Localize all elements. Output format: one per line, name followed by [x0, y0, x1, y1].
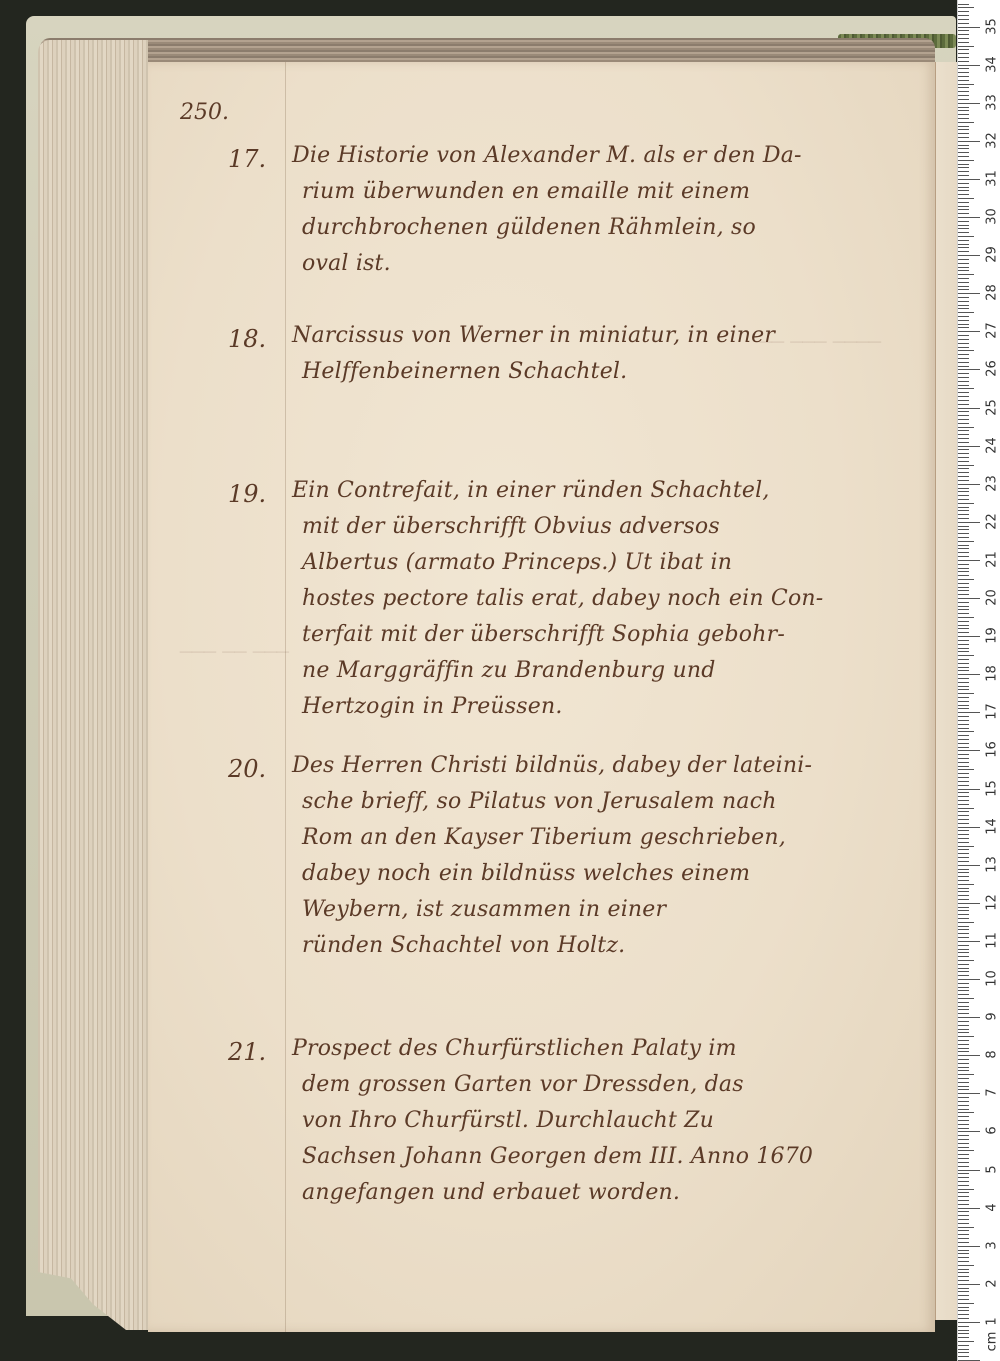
ruler-tick	[958, 270, 969, 271]
ruler-tick	[958, 1131, 980, 1132]
ruler-tick	[958, 819, 969, 820]
ruler-tick	[958, 968, 969, 969]
ruler-tick	[958, 1234, 969, 1235]
ruler-tick	[958, 529, 969, 530]
ruler-tick	[958, 118, 969, 119]
ruler-cm-label: 34	[985, 54, 1000, 74]
ruler-tick	[958, 747, 969, 748]
text-line: hostes pectore talis erat, dabey noch ei…	[292, 588, 892, 624]
ruler-tick	[958, 830, 969, 831]
ruler-tick	[958, 1051, 969, 1052]
ruler-tick	[958, 38, 969, 39]
ruler-tick	[958, 107, 969, 108]
ruler-cm-label: 12	[985, 892, 1000, 912]
ruler-tick	[958, 945, 969, 946]
ruler-tick	[958, 84, 974, 85]
ruler-tick	[958, 987, 969, 988]
ruler-tick	[958, 1025, 969, 1026]
ruler-tick	[958, 57, 969, 58]
ruler-cm-label: 30	[985, 207, 1000, 227]
ruler-tick	[958, 103, 980, 104]
ruler-tick	[958, 53, 969, 54]
ruler-tick	[958, 1192, 969, 1193]
ruler-tick	[958, 899, 969, 900]
ruler-tick	[958, 484, 980, 485]
ruler-tick	[958, 583, 969, 584]
ruler-tick	[958, 644, 969, 645]
ruler-tick	[958, 1257, 969, 1258]
ruler-tick	[958, 651, 969, 652]
ruler-tick	[958, 1097, 969, 1098]
ruler-tick	[958, 971, 969, 972]
ruler-tick	[958, 228, 969, 229]
ruler-tick	[958, 366, 969, 367]
ruler-tick	[958, 926, 969, 927]
ruler-tick	[958, 1318, 969, 1319]
ruler-cm-label: 22	[985, 511, 1000, 531]
ruler-cm-label: 33	[985, 92, 1000, 112]
ruler-cm-label: 25	[985, 397, 1000, 417]
ruler-tick	[958, 533, 969, 534]
ruler-tick	[958, 956, 969, 957]
ruler-tick	[958, 712, 980, 713]
ruler-tick	[958, 990, 969, 991]
ruler-tick	[958, 23, 969, 24]
ruler-tick	[958, 872, 969, 873]
ruler-tick	[958, 68, 969, 69]
ruler-tick	[958, 392, 969, 393]
ruler-tick	[958, 80, 969, 81]
ruler-tick	[958, 571, 969, 572]
ruler-tick	[958, 853, 969, 854]
ruler-unit-label: cm	[985, 1332, 1000, 1352]
ruler-tick	[958, 716, 969, 717]
ruler-tick	[958, 735, 969, 736]
ruler-tick	[958, 1109, 969, 1110]
ruler-tick	[958, 640, 969, 641]
ruler-tick	[958, 891, 969, 892]
ruler-tick	[958, 876, 969, 877]
ruler-tick	[958, 869, 969, 870]
ruler-tick	[958, 415, 969, 416]
ruler-tick	[958, 457, 969, 458]
ruler-tick	[958, 720, 969, 721]
ruler-tick	[958, 148, 969, 149]
ruler-tick	[958, 1055, 980, 1056]
ruler-tick	[958, 209, 969, 210]
ruler-tick	[958, 1200, 969, 1201]
text-line: Rom an den Kayser Tiberium geschrieben,	[292, 827, 892, 863]
ruler-tick	[958, 1036, 974, 1037]
ruler-tick	[958, 1303, 974, 1304]
ruler-tick	[958, 979, 980, 980]
ruler-tick	[958, 129, 969, 130]
text-line: Narcissus von Werner in miniatur, in ein…	[292, 325, 892, 361]
ruler-tick	[958, 964, 969, 965]
text-line: sche brieff, so Pilatus von Jerusalem na…	[292, 791, 892, 827]
ruler-tick	[958, 194, 969, 195]
ruler-tick	[958, 655, 974, 656]
ruler-tick	[958, 590, 969, 591]
ruler-tick	[958, 1093, 980, 1094]
entry-number: 20.	[228, 755, 266, 783]
ruler-tick	[958, 1219, 969, 1220]
text-line: Ein Contrefait, in einer ründen Schachte…	[292, 480, 892, 516]
margin-ruling-line	[285, 62, 286, 1332]
ruler-tick	[958, 929, 969, 930]
ruler-cm-label: 29	[985, 245, 1000, 265]
ruler-tick	[958, 1120, 969, 1121]
text-line: Weybern, ist zusammen in einer	[292, 899, 892, 935]
ruler-tick	[958, 1044, 969, 1045]
ruler-tick	[958, 949, 969, 950]
ruler-tick	[958, 594, 969, 595]
text-line: dem grossen Garten vor Dressden, das	[292, 1074, 892, 1110]
ruler-tick	[958, 1017, 980, 1018]
ruler-tick	[958, 137, 969, 138]
ruler-tick	[958, 1352, 969, 1353]
ruler-tick	[958, 183, 969, 184]
text-line: rium überwunden en emaille mit einem	[292, 181, 892, 217]
text-line: Die Historie von Alexander M. als er den…	[292, 145, 892, 181]
ruler-cm-label: 31	[985, 168, 1000, 188]
ruler-tick	[958, 526, 969, 527]
ruler-tick	[958, 789, 980, 790]
ruler-tick	[958, 800, 969, 801]
ruler-tick	[958, 602, 969, 603]
ruler-tick	[958, 65, 980, 66]
ruler-cm-label: 5	[985, 1159, 1000, 1179]
ruler-tick	[958, 667, 969, 668]
ruler-tick	[958, 686, 969, 687]
ruler-tick	[958, 884, 974, 885]
ruler-tick	[958, 156, 969, 157]
text-line: dabey noch ein bildnüss welches einem	[292, 863, 892, 899]
ruler-tick	[958, 465, 974, 466]
ruler-tick	[958, 438, 969, 439]
ruler-tick	[958, 1265, 974, 1266]
ruler-tick	[958, 1345, 969, 1346]
ruler-tick	[958, 198, 974, 199]
ruler-tick	[958, 838, 969, 839]
ruler-tick	[958, 114, 969, 115]
ruler-tick	[958, 1196, 969, 1197]
ruler-tick	[958, 1006, 969, 1007]
ruler-tick	[958, 453, 969, 454]
ruler-tick	[958, 15, 969, 16]
ruler-cm-label: 20	[985, 588, 1000, 608]
ruler-tick	[958, 175, 969, 176]
ruler-tick	[958, 4, 969, 5]
ruler-tick	[958, 777, 969, 778]
ruler-tick	[958, 286, 969, 287]
text-line: Prospect des Churfürstlichen Palaty im	[292, 1038, 892, 1074]
ruler-tick	[958, 1150, 974, 1151]
ruler-cm-label: 4	[985, 1197, 1000, 1217]
ruler-tick	[958, 263, 969, 264]
ruler-tick	[958, 1291, 969, 1292]
ruler-cm-label: 28	[985, 283, 1000, 303]
ruler-tick	[958, 312, 974, 313]
ruler-cm-label: 13	[985, 854, 1000, 874]
ruler-tick	[958, 1314, 969, 1315]
ruler-tick	[958, 1269, 969, 1270]
ruler-tick	[958, 937, 969, 938]
ruler-tick	[958, 1250, 969, 1251]
ruler-tick	[958, 861, 969, 862]
ruler-tick	[958, 1059, 969, 1060]
ruler-tick	[958, 396, 969, 397]
ruler-tick	[958, 754, 969, 755]
ruler-tick	[958, 133, 969, 134]
ruler-tick	[958, 823, 969, 824]
ruler-tick	[958, 11, 969, 12]
ruler-tick	[958, 46, 974, 47]
ruler-tick	[958, 339, 969, 340]
ruler-tick	[958, 1246, 980, 1247]
ruler-tick	[958, 236, 974, 237]
ruler-tick	[958, 514, 969, 515]
ruler-tick	[958, 773, 969, 774]
ruler-tick	[958, 1181, 969, 1182]
ruler-tick	[958, 1082, 969, 1083]
ruler-tick	[958, 1128, 969, 1129]
ruler-tick	[958, 308, 969, 309]
ruler-tick	[958, 141, 980, 142]
entry-number: 19.	[228, 480, 266, 508]
ruler-cm-label: 7	[985, 1083, 1000, 1103]
ruler-tick	[958, 1208, 980, 1209]
ruler-tick	[958, 152, 969, 153]
ruler-tick	[958, 522, 980, 523]
ruler-tick	[958, 1147, 969, 1148]
ruler-tick	[958, 305, 969, 306]
ruler-tick	[958, 792, 969, 793]
ruler-tick	[958, 758, 969, 759]
ruler-tick	[958, 434, 969, 435]
ruler-tick	[958, 564, 969, 565]
ruler-tick	[958, 731, 974, 732]
ruler-tick	[958, 1116, 969, 1117]
ruler-tick	[958, 941, 980, 942]
ruler-tick	[958, 1204, 969, 1205]
ruler-tick	[958, 72, 969, 73]
ruler-tick	[958, 503, 974, 504]
ruler-tick	[958, 244, 969, 245]
ruler-tick	[958, 769, 974, 770]
ruler-tick	[958, 1276, 969, 1277]
ruler-tick	[958, 750, 980, 751]
ruler-tick	[958, 282, 969, 283]
ruler-tick	[958, 19, 969, 20]
ruler-tick	[958, 1086, 969, 1087]
ruler-tick	[958, 918, 969, 919]
entry-text: Des Herren Christi bildnüs, dabey der la…	[292, 755, 892, 971]
ruler-cm-label: 27	[985, 321, 1000, 341]
ruler-tick	[958, 217, 980, 218]
ruler-tick	[958, 171, 969, 172]
ruler-tick	[958, 488, 969, 489]
ruler-tick	[958, 922, 974, 923]
ruler-tick	[958, 804, 969, 805]
ruler-tick	[958, 1242, 969, 1243]
ruler-tick	[958, 895, 969, 896]
ruler-tick	[958, 1105, 969, 1106]
ruler-tick	[958, 468, 969, 469]
ruler-tick	[958, 857, 969, 858]
ruler-tick	[958, 87, 969, 88]
ruler-tick	[958, 202, 969, 203]
ruler-tick	[958, 1223, 969, 1224]
ruler-tick	[958, 545, 969, 546]
ruler-tick	[958, 552, 969, 553]
ruler-tick	[958, 381, 969, 382]
ruler-tick	[958, 998, 974, 999]
ruler-tick	[958, 1288, 969, 1289]
text-line: ründen Schachtel von Holtz.	[292, 935, 892, 971]
ruler-tick	[958, 556, 969, 557]
ruler-tick	[958, 278, 969, 279]
ruler-tick	[958, 1074, 974, 1075]
ruler-tick	[958, 320, 969, 321]
ruler-tick	[958, 316, 969, 317]
ruler-tick	[958, 1070, 969, 1071]
ruler-tick	[958, 625, 969, 626]
ruler-tick	[958, 697, 969, 698]
ruler-tick	[958, 632, 969, 633]
ruler-tick	[958, 1189, 974, 1190]
ruler-tick	[958, 670, 969, 671]
ruler-cm-label: 15	[985, 778, 1000, 798]
ruler-tick	[958, 781, 969, 782]
ruler-cm-label: 6	[985, 1121, 1000, 1141]
ruler-tick	[958, 7, 974, 8]
ruler-tick	[958, 537, 969, 538]
ruler-tick	[958, 461, 969, 462]
ruler-tick	[958, 827, 980, 828]
ruler-tick	[958, 1326, 969, 1327]
text-line: Hertzogin in Preüssen.	[292, 696, 892, 732]
ruler-tick	[958, 914, 969, 915]
ruler-tick	[958, 1166, 969, 1167]
ruler-tick	[958, 952, 969, 953]
text-line: Sachsen Johann Georgen dem III. Anno 167…	[292, 1146, 892, 1182]
ruler-tick	[958, 225, 969, 226]
ruler-tick	[958, 933, 969, 934]
ruler-tick	[958, 27, 980, 28]
ruler-tick	[958, 1177, 969, 1178]
ruler-tick	[958, 354, 969, 355]
ruler-tick	[958, 1124, 969, 1125]
ruler-tick	[958, 560, 980, 561]
ruler-tick	[958, 587, 969, 588]
ruler-cm-label: 19	[985, 626, 1000, 646]
ruler-tick	[958, 49, 969, 50]
text-line: angefangen und erbauet worden.	[292, 1182, 892, 1218]
ruler-tick	[958, 762, 969, 763]
ruler-tick	[958, 350, 974, 351]
ruler-tick	[958, 110, 969, 111]
ruler-tick	[958, 369, 980, 370]
ruler-tick	[958, 1139, 969, 1140]
ruler-tick	[958, 1253, 969, 1254]
ruler-tick	[958, 446, 980, 447]
text-line: ne Marggräffin zu Brandenburg und	[292, 660, 892, 696]
entry-text: Prospect des Churfürstlichen Palaty im d…	[292, 1038, 892, 1218]
ruler-tick	[958, 510, 969, 511]
entry-text: Ein Contrefait, in einer ründen Schachte…	[292, 480, 892, 732]
entry-text: Narcissus von Werner in miniatur, in ein…	[292, 325, 892, 397]
ruler-tick	[958, 1009, 969, 1010]
text-line: Albertus (armato Princeps.) Ut ibat in	[292, 552, 892, 588]
ruler-tick	[958, 255, 980, 256]
ruler-tick	[958, 1162, 969, 1163]
ruler-tick	[958, 606, 969, 607]
ruler-tick	[958, 708, 969, 709]
ruler-tick	[958, 480, 969, 481]
ruler-tick	[958, 1078, 969, 1079]
ruler-tick	[958, 449, 969, 450]
ruler-tick	[958, 609, 969, 610]
ruler-cm-label: 2	[985, 1273, 1000, 1293]
ruler-tick	[958, 1089, 969, 1090]
ruler-tick	[958, 598, 980, 599]
page-stack-top-edge	[40, 38, 935, 62]
ruler-tick	[958, 491, 969, 492]
ruler-tick	[958, 1013, 969, 1014]
ruler-tick	[958, 1341, 974, 1342]
ruler-tick	[958, 442, 969, 443]
ruler-tick	[958, 1215, 969, 1216]
ruler-cm-label: 8	[985, 1045, 1000, 1065]
ruler-tick	[958, 518, 969, 519]
ruler-tick	[958, 705, 969, 706]
ruler-tick	[958, 1211, 969, 1212]
ruler-tick	[958, 213, 969, 214]
folio-number: 250.	[180, 100, 229, 125]
ruler-tick	[958, 61, 969, 62]
ruler-tick	[958, 1295, 969, 1296]
ruler-tick	[958, 842, 969, 843]
ruler-tick	[958, 164, 969, 165]
ruler-tick	[958, 289, 969, 290]
show-through-text: ─── ── ───	[180, 640, 289, 664]
ruler-cm-label: 14	[985, 816, 1000, 836]
ruler-cm-label: 26	[985, 359, 1000, 379]
ruler-tick	[958, 548, 969, 549]
next-leaf-edge	[935, 62, 957, 1320]
ruler-tick	[958, 1029, 969, 1030]
ruler-tick	[958, 247, 969, 248]
ruler-tick	[958, 1333, 969, 1334]
ruler-tick	[958, 297, 969, 298]
ruler-tick	[958, 1101, 969, 1102]
ruler-tick	[958, 267, 969, 268]
ruler-tick	[958, 1272, 969, 1273]
ruler-tick	[958, 621, 969, 622]
ruler-tick	[958, 846, 974, 847]
ruler-tick	[958, 373, 969, 374]
ruler-cm-label: 1	[985, 1311, 1000, 1331]
ruler-tick	[958, 335, 969, 336]
ruler-tick	[958, 187, 969, 188]
ruler-tick	[958, 682, 969, 683]
ruler-tick	[958, 693, 974, 694]
entry-text: Die Historie von Alexander M. als er den…	[292, 145, 892, 289]
ruler-cm-label: 24	[985, 435, 1000, 455]
ruler-cm-label: 11	[985, 930, 1000, 950]
ruler-tick	[958, 388, 974, 389]
